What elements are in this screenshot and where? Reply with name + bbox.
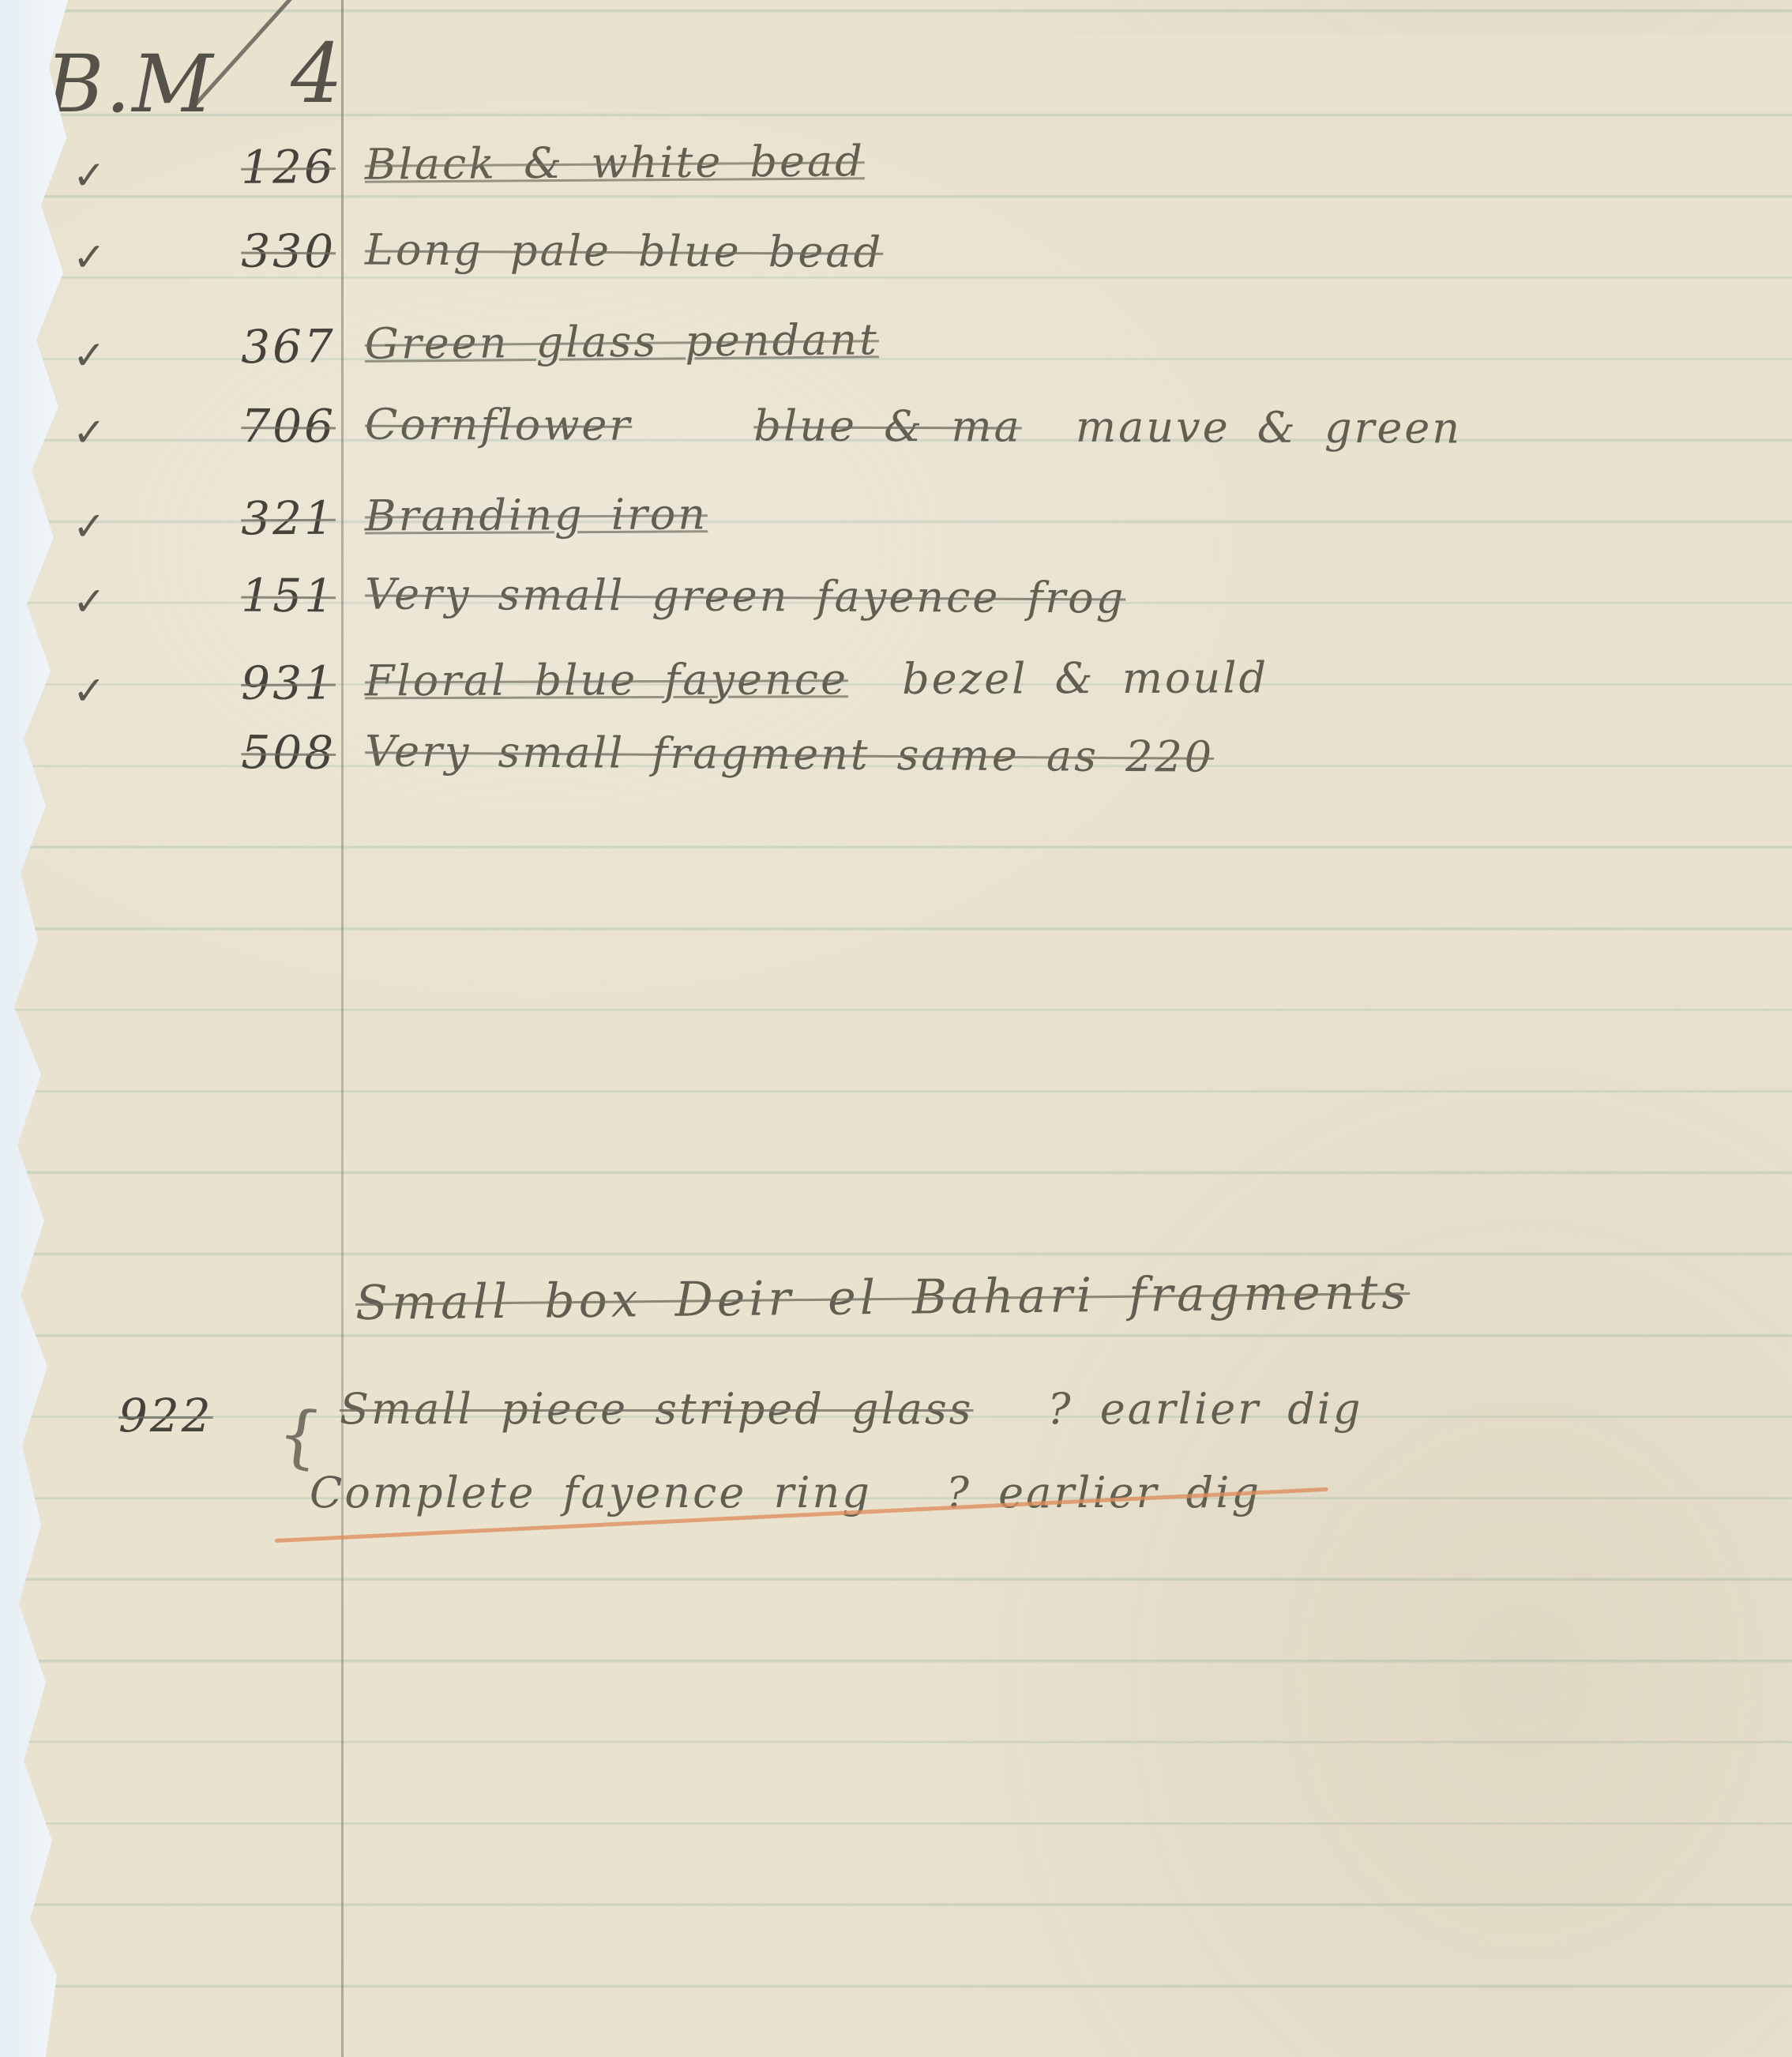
- object-description: Long pale blue bead: [365, 224, 883, 276]
- collection-label: B.M: [46, 38, 215, 130]
- object-number: 931: [111, 656, 336, 710]
- object-description: Green glass pendant: [365, 314, 880, 369]
- object-number: 330: [111, 224, 336, 278]
- entry-row: ✓ 367 Green glass pendant: [0, 306, 1792, 401]
- object-number: 706: [111, 399, 336, 453]
- paper-sheet: B.M 4 ✓ 126 Black & white bead ✓ 330 Lon…: [0, 0, 1792, 2057]
- section-heading: Small box Deir el Bahari fragments: [355, 1265, 1411, 1331]
- check-mark-icon: ✓: [73, 235, 108, 280]
- object-description: Black & white bead: [365, 136, 865, 189]
- object-number: 151: [111, 568, 336, 622]
- object-number: 922: [118, 1389, 213, 1442]
- entry-row: 508 Very small fragment same as 220: [0, 724, 1792, 815]
- check-mark-icon: ✓: [73, 333, 108, 378]
- entry-row: ✓ 931 Floral blue fayence bezel & mould: [0, 651, 1792, 736]
- check-mark-icon: ✓: [73, 152, 108, 198]
- object-description: Branding iron: [365, 489, 708, 540]
- check-mark-icon: ✓: [73, 579, 108, 625]
- object-number: 508: [111, 724, 336, 780]
- object-description: Cornflower: [365, 400, 632, 450]
- entry-row: ✓ 321 Branding iron: [0, 483, 1792, 572]
- entry-row: ✓ 126 Black & white bead: [0, 130, 1792, 221]
- check-mark-icon: ✓: [73, 409, 108, 455]
- check-mark-icon: ✓: [73, 667, 108, 713]
- object-note: ? earlier dig: [1048, 1384, 1363, 1434]
- entry-row: Complete fayence ring ? earlier dig: [0, 1468, 1792, 1547]
- page-number: 4: [291, 25, 343, 122]
- brace-mark: {: [272, 1393, 329, 1478]
- object-number: 126: [111, 140, 336, 195]
- entry-row: ✓ 151 Very small green fayence frog: [0, 567, 1792, 656]
- object-description: Small piece striped glass: [340, 1384, 973, 1434]
- entry-row: 922 { Small piece striped glass ? earlie…: [0, 1384, 1792, 1463]
- entry-row: ✓ 706 Cornflower blue & ma mauve & green: [0, 398, 1792, 483]
- object-description: Complete fayence ring: [310, 1468, 872, 1517]
- object-note-struck: blue & ma: [753, 400, 1022, 451]
- margin-rule-line: [341, 0, 344, 2057]
- entry-row: ✓ 330 Long pale blue bead: [0, 223, 1792, 311]
- object-note: mauve & green: [1076, 402, 1462, 453]
- object-description: Very small green fayence frog: [365, 569, 1126, 622]
- object-description: Floral blue fayence: [365, 654, 848, 705]
- check-mark-icon: ✓: [73, 503, 108, 549]
- object-number: 367: [111, 319, 336, 374]
- object-description: Very small fragment same as 220: [365, 726, 1214, 782]
- object-number: 321: [111, 491, 336, 546]
- object-description-continued: bezel & mould: [902, 652, 1268, 704]
